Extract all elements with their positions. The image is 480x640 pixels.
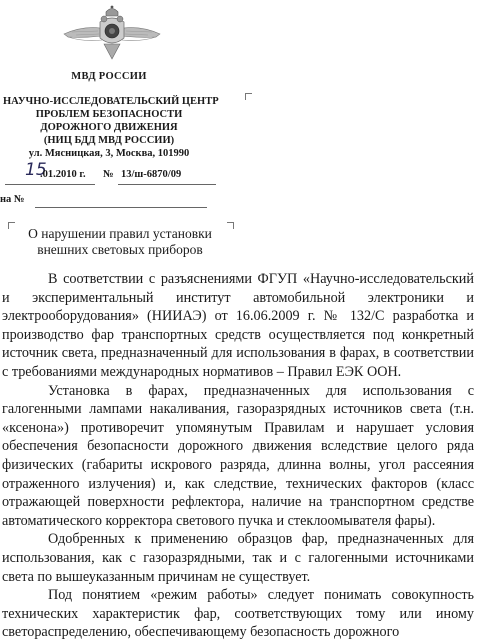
- body-paragraph: Установка в фарах, предназначенных для и…: [2, 382, 474, 531]
- subject-corner-mark-left-icon: [8, 222, 15, 229]
- body-paragraph: В соответствии с разъяснениями ФГУП «Нау…: [2, 270, 474, 382]
- number-label: №: [103, 169, 114, 180]
- subject-line: внешних световых приборов: [20, 242, 220, 258]
- number-underline: [118, 184, 216, 185]
- reference-underline: [35, 207, 207, 208]
- letter-body: В соответствии с разъяснениями ФГУП «Нау…: [2, 270, 474, 640]
- address-corner-mark-icon: [245, 93, 252, 100]
- organization-line: ПРОБЛЕМ БЕЗОПАСНОСТИ: [0, 108, 218, 121]
- body-paragraph: Под понятием «режим работы» следует пони…: [2, 586, 474, 640]
- document-number: 13/ш-6870/09: [121, 169, 181, 180]
- mvd-emblem-icon: [62, 4, 162, 62]
- body-paragraph: Одобренных к применению образцов фар, пр…: [2, 530, 474, 586]
- organization-line: ДОРОЖНОГО ДВИЖЕНИЯ: [0, 121, 218, 134]
- ministry-name: МВД РОССИИ: [0, 71, 218, 82]
- subject-corner-mark-right-icon: [227, 222, 234, 229]
- subject-heading: О нарушении правил установки внешних све…: [20, 226, 220, 258]
- document-date: .01.2010 г.: [40, 169, 86, 180]
- address: ул. Мясницкая, 3, Москва, 101990: [0, 148, 218, 159]
- subject-line: О нарушении правил установки: [20, 226, 220, 242]
- organization-line: НАУЧНО-ИССЛЕДОВАТЕЛЬСКИЙ ЦЕНТР: [3, 95, 218, 108]
- date-number-row: 15 .01.2010 г. № 13/ш-6870/09: [0, 162, 230, 186]
- reference-row: на №: [0, 193, 230, 211]
- organization-line: (НИЦ БДД МВД РОССИИ): [0, 134, 218, 147]
- reference-label: на №: [0, 194, 24, 205]
- date-underline: [5, 184, 95, 185]
